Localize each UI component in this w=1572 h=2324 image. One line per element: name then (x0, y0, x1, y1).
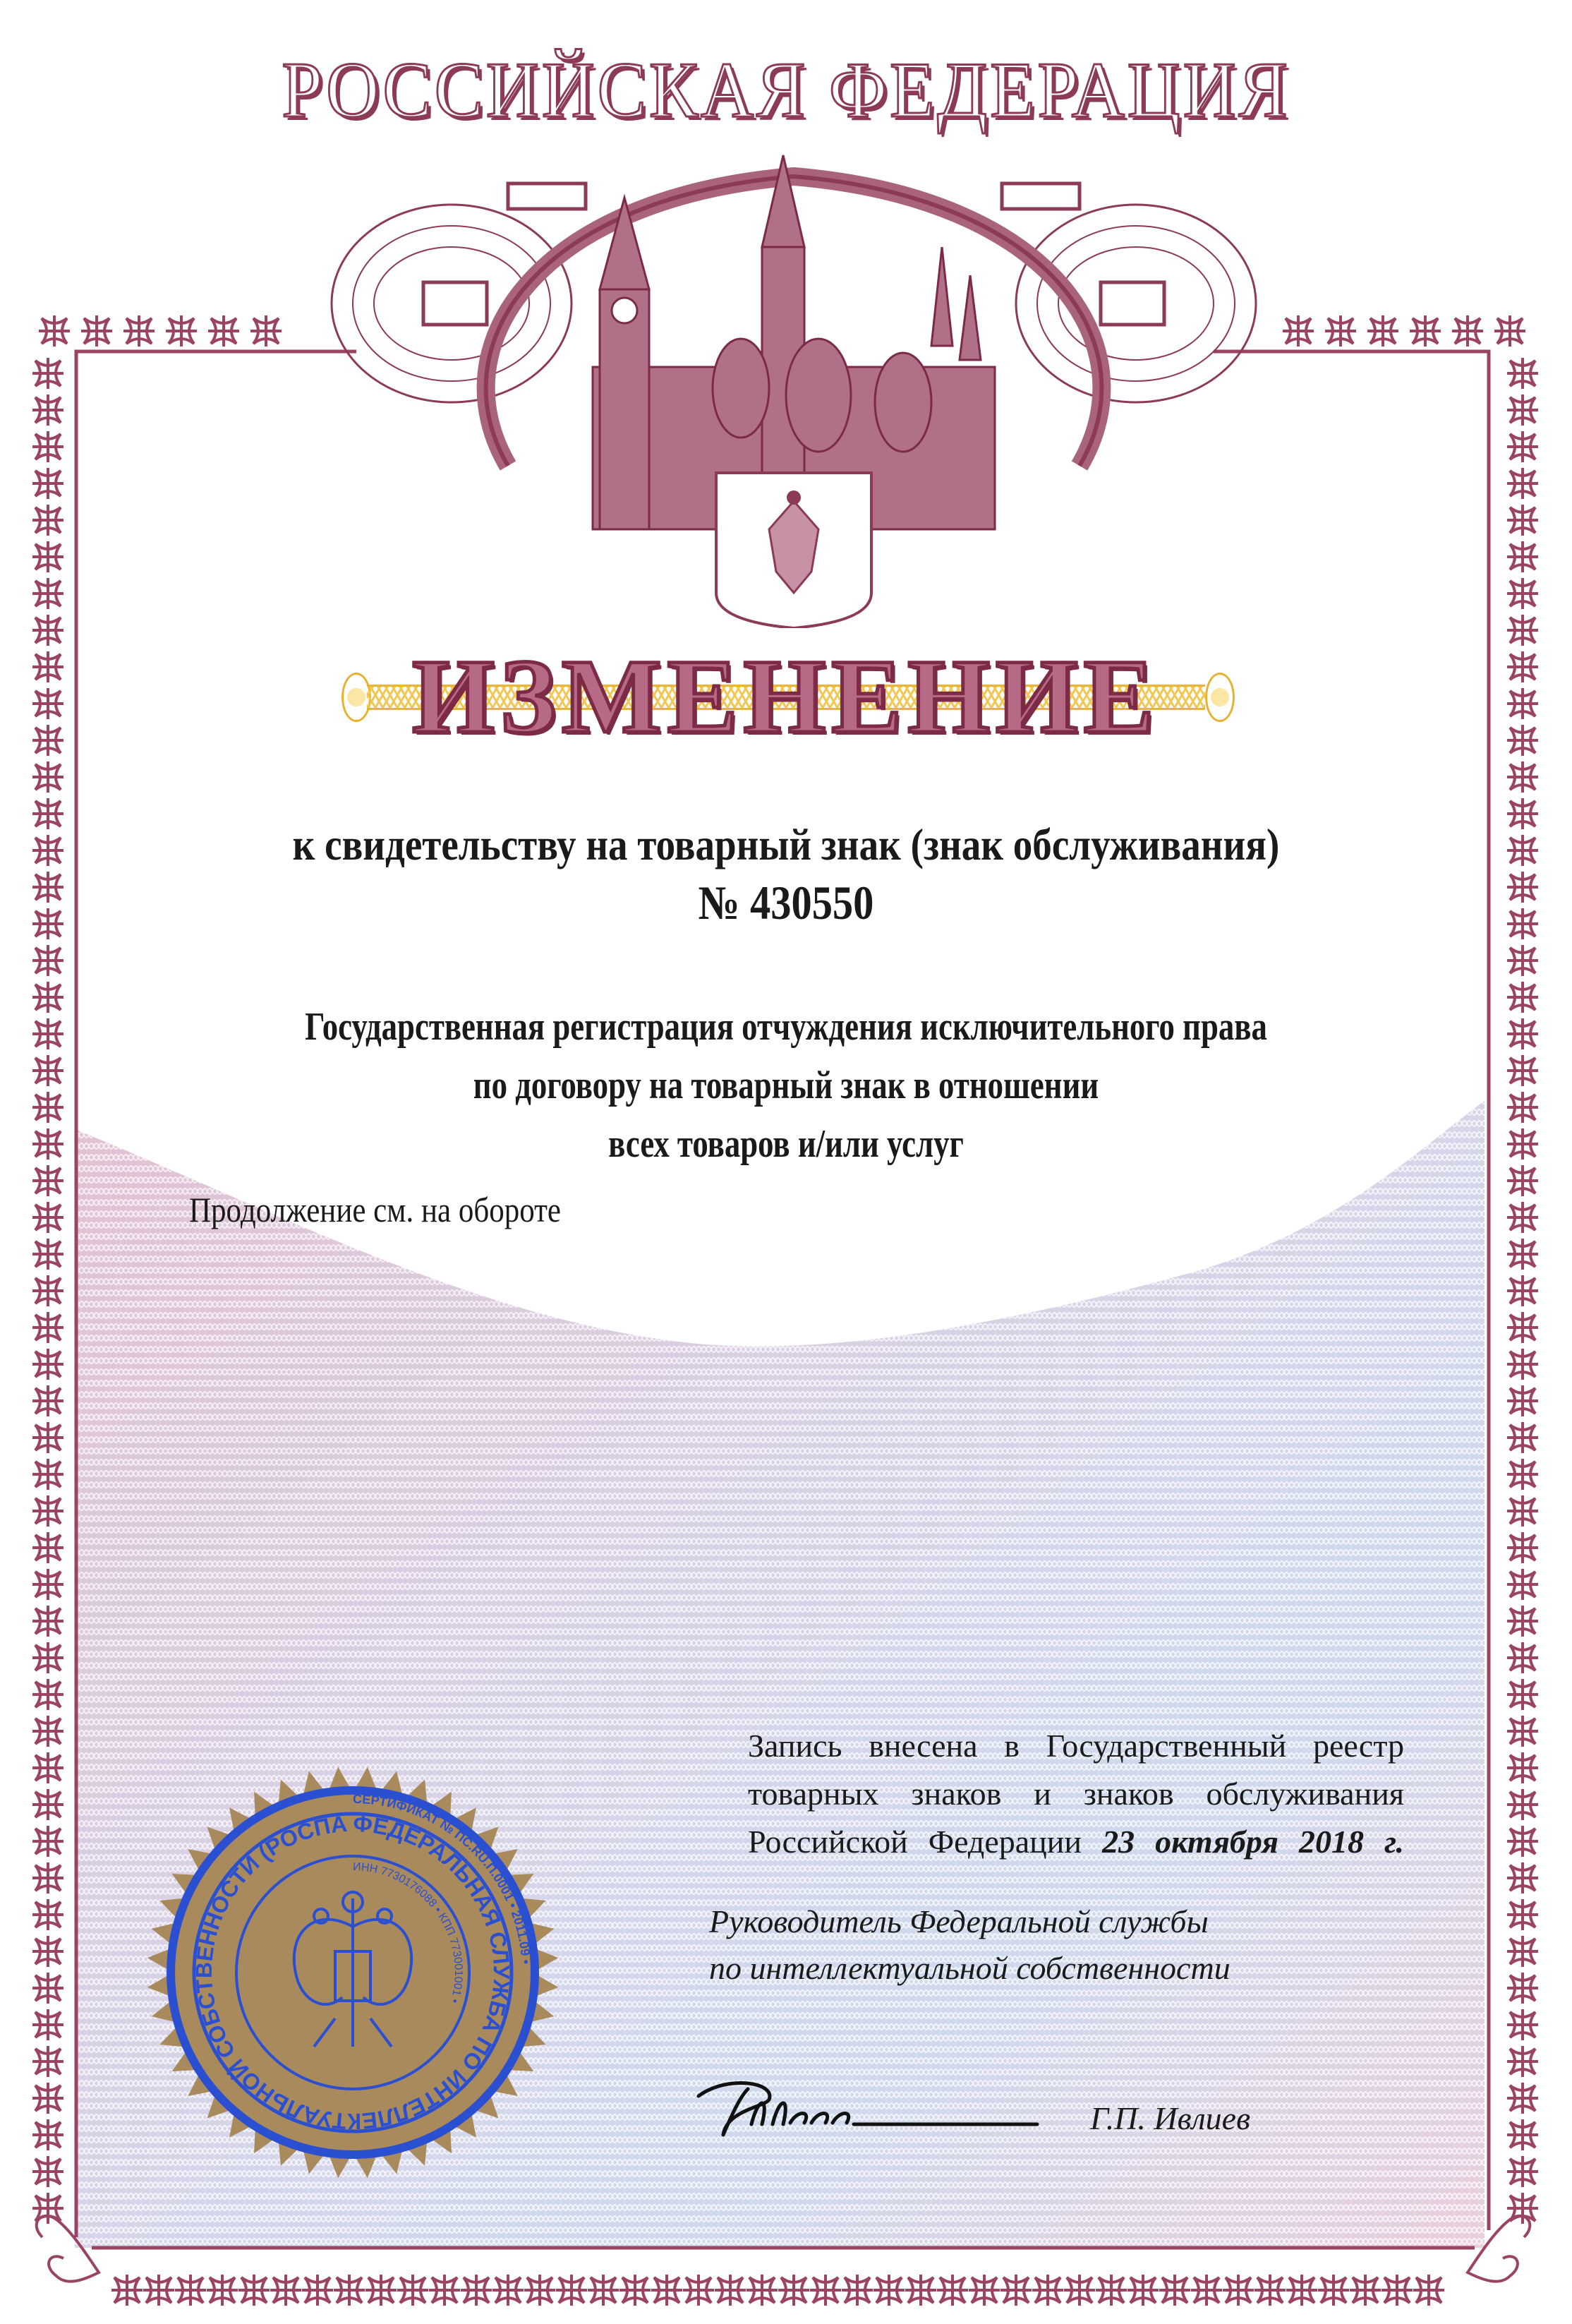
certificate-number: № 430550 (110, 879, 1462, 927)
border-star-icon (32, 1606, 64, 1637)
registration-line-1: Государственная регистрация отчуждения и… (157, 1007, 1415, 1047)
border-star-icon (32, 1495, 64, 1527)
border-star-icon (873, 2275, 905, 2306)
border-star-icon (1413, 2275, 1444, 2306)
border-star-icon (1507, 541, 1538, 572)
border-star-icon (619, 2275, 651, 2306)
border-star-icon (166, 315, 197, 347)
border-star-icon (1507, 2156, 1538, 2187)
border-star-icon (1507, 1459, 1538, 1490)
border-star-icon (32, 358, 64, 389)
border-star-icon (32, 468, 64, 499)
border-star-icon (1494, 315, 1525, 347)
border-star-icon (1507, 1789, 1538, 1820)
border-star-icon (905, 2275, 936, 2306)
border-star-icon (1254, 2275, 1286, 2306)
border-star-icon (32, 1275, 64, 1306)
border-star-icon (1223, 2275, 1254, 2306)
border-star-icon (32, 1532, 64, 1563)
border-star-icon (111, 2275, 143, 2306)
border-star-icon (1507, 431, 1538, 462)
border-star-icon (1507, 1422, 1538, 1453)
border-star-icon (32, 1642, 64, 1673)
border-star-icon (1507, 835, 1538, 866)
border-star-icon (556, 2275, 587, 2306)
signer-name: Г.П. Ивлиев (1090, 2100, 1250, 2137)
border-star-icon (1507, 1275, 1538, 1306)
border-star-icon (937, 2275, 968, 2306)
country-header: РОССИЙСКАЯ ФЕДЕРАЦИЯ (55, 51, 1517, 130)
border-star-icon (32, 1018, 64, 1049)
border-star-icon (1507, 1973, 1538, 2004)
border-star-icon (1507, 1312, 1538, 1343)
border-star-icon (492, 2275, 524, 2306)
registry-line-1: Запись внесена в Государственный реестр (748, 1722, 1404, 1770)
border-star-icon (1191, 2275, 1222, 2306)
border-star-icon (651, 2275, 682, 2306)
signatory-position: Руководитель Федеральной службы по интел… (709, 1898, 1231, 1992)
border-star-icon (1507, 1642, 1538, 1673)
border-star-icon (175, 2275, 206, 2306)
border-star-icon (32, 1128, 64, 1160)
border-star-icon (32, 395, 64, 426)
signatory-position-line-2: по интеллектуальной собственности (709, 1945, 1231, 1992)
border-star-icon (1507, 1716, 1538, 1747)
border-star-icon (524, 2275, 555, 2306)
registry-line-3: Российской Федерации 23 октября 2018 г. (748, 1818, 1404, 1866)
border-star-icon (1318, 2275, 1349, 2306)
border-star-icon (1381, 2275, 1413, 2306)
border-star-icon (1159, 2275, 1190, 2306)
rospatent-seal: СЕРТИФИКАТ № ПС.RU.П.0001 • 2011.09 • ФЕ… (145, 1764, 561, 2181)
border-star-icon (1507, 1569, 1538, 1600)
border-star-icon (143, 2275, 174, 2306)
border-star-icon (32, 1679, 64, 1710)
border-star-icon (32, 2046, 64, 2077)
border-star-icon (32, 2156, 64, 2187)
border-star-icon (32, 798, 64, 829)
border-star-icon (32, 1899, 64, 1930)
border-star-icon (1507, 1128, 1538, 1160)
certificate-subtitle: к свидетельству на товарный знак (знак о… (110, 822, 1462, 867)
border-star-icon (1507, 468, 1538, 499)
border-star-icon (32, 1349, 64, 1380)
border-star-icon (1283, 315, 1314, 347)
border-star-icon (842, 2275, 873, 2306)
border-star-icon (334, 2275, 365, 2306)
registry-date: 23 октября 2018 г. (1102, 1824, 1404, 1860)
border-star-icon (1507, 2009, 1538, 2040)
border-star-icon (32, 1459, 64, 1490)
border-star-icon (32, 872, 64, 903)
border-star-icon (32, 1789, 64, 1820)
registration-line-2: по договору на товарный знак в отношении (157, 1066, 1415, 1105)
border-star-icon (1507, 1385, 1538, 1416)
border-star-icon (1507, 615, 1538, 646)
border-star-icon (746, 2275, 778, 2306)
kremlin-wreath-engraving (325, 134, 1263, 628)
border-star-icon (1507, 1055, 1538, 1086)
border-star-icon (32, 2083, 64, 2114)
border-star-icon (1064, 2275, 1095, 2306)
border-star-icon (32, 1936, 64, 1967)
border-star-icon (270, 2275, 301, 2306)
border-star-icon (1096, 2275, 1127, 2306)
registry-entry: Запись внесена в Государственный реестр … (748, 1722, 1404, 1866)
continuation-note: Продолжение см. на обороте (189, 1189, 561, 1230)
border-star-icon (32, 1165, 64, 1196)
border-star-icon (1507, 2046, 1538, 2077)
registry-line-2: товарных знаков и знаков обслуживания (748, 1770, 1404, 1818)
border-star-icon (1367, 315, 1398, 347)
border-star-icon (397, 2275, 428, 2306)
document-title: ИЗМЕНЕНИЕ (0, 644, 1572, 749)
border-star-icon (1507, 1899, 1538, 1930)
border-star-icon (810, 2275, 841, 2306)
border-star-icon (32, 1312, 64, 1343)
border-star-icon (1000, 2275, 1032, 2306)
border-star-icon (32, 982, 64, 1013)
border-star-icon (238, 2275, 270, 2306)
signatory-position-line-1: Руководитель Федеральной службы (709, 1898, 1231, 1945)
border-star-icon (1507, 1862, 1538, 1893)
border-star-icon (1507, 1679, 1538, 1710)
border-star-icon (1507, 798, 1538, 829)
border-star-icon (715, 2275, 746, 2306)
border-star-icon (1350, 2275, 1381, 2306)
border-star-icon (1032, 2275, 1063, 2306)
border-star-icon (302, 2275, 333, 2306)
border-star-icon (1507, 1936, 1538, 1967)
border-star-icon (1507, 1752, 1538, 1783)
border-star-icon (969, 2275, 1000, 2306)
border-star-icon (1507, 1495, 1538, 1527)
border-star-icon (39, 315, 70, 347)
border-star-icon (32, 1239, 64, 1270)
border-star-icon (32, 1752, 64, 1783)
border-star-icon (1507, 908, 1538, 939)
border-star-icon (1410, 315, 1441, 347)
border-star-icon (1507, 761, 1538, 793)
border-star-icon (778, 2275, 809, 2306)
border-star-icon (1507, 982, 1538, 1013)
border-star-icon (1507, 2083, 1538, 2114)
border-star-icon (32, 1422, 64, 1453)
border-star-icon (1507, 578, 1538, 609)
border-star-icon (1507, 872, 1538, 903)
border-star-icon (461, 2275, 492, 2306)
border-star-icon (1507, 945, 1538, 976)
border-star-icon (250, 315, 282, 347)
border-star-icon (683, 2275, 714, 2306)
border-star-icon (1452, 315, 1483, 347)
border-star-icon (32, 1092, 64, 1123)
border-star-icon (32, 1569, 64, 1600)
border-star-icon (1286, 2275, 1317, 2306)
border-star-icon (32, 1973, 64, 2004)
border-star-icon (1507, 358, 1538, 389)
border-star-icon (81, 315, 112, 347)
border-star-icon (1507, 1826, 1538, 1857)
border-star-icon (123, 315, 155, 347)
border-star-icon (207, 2275, 238, 2306)
border-star-icon (32, 761, 64, 793)
border-star-icon (1507, 1606, 1538, 1637)
coat-of-arms-shield (716, 473, 871, 628)
border-star-icon (32, 1055, 64, 1086)
border-star-icon (1507, 1092, 1538, 1123)
border-star-icon (429, 2275, 460, 2306)
border-star-icon (1507, 1239, 1538, 1270)
border-star-icon (1127, 2275, 1159, 2306)
registration-line-3: всех товаров и/или услуг (157, 1124, 1415, 1164)
border-star-icon (1507, 1202, 1538, 1233)
border-star-icon (32, 2119, 64, 2150)
border-star-icon (1325, 315, 1356, 347)
border-star-icon (32, 1202, 64, 1233)
border-star-icon (1507, 1018, 1538, 1049)
border-star-icon (1507, 1349, 1538, 1380)
handwritten-signature (684, 2068, 1051, 2145)
border-star-icon (32, 1385, 64, 1416)
border-star-icon (32, 1826, 64, 1857)
border-star-icon (365, 2275, 397, 2306)
border-star-icon (32, 2009, 64, 2040)
border-star-icon (1507, 395, 1538, 426)
border-star-icon (32, 945, 64, 976)
border-star-icon (32, 835, 64, 866)
border-star-icon (32, 1716, 64, 1747)
border-star-icon (1507, 2119, 1538, 2150)
border-star-icon (208, 315, 239, 347)
border-star-icon (1507, 505, 1538, 536)
border-star-icon (588, 2275, 619, 2306)
border-star-icon (32, 908, 64, 939)
border-star-icon (32, 615, 64, 646)
registry-line-3-prefix: Российской Федерации (748, 1824, 1082, 1860)
border-star-icon (32, 1862, 64, 1893)
border-star-icon (32, 505, 64, 536)
border-star-icon (32, 578, 64, 609)
border-star-icon (32, 431, 64, 462)
border-star-icon (1507, 1165, 1538, 1196)
border-star-icon (32, 541, 64, 572)
border-star-icon (1507, 1532, 1538, 1563)
